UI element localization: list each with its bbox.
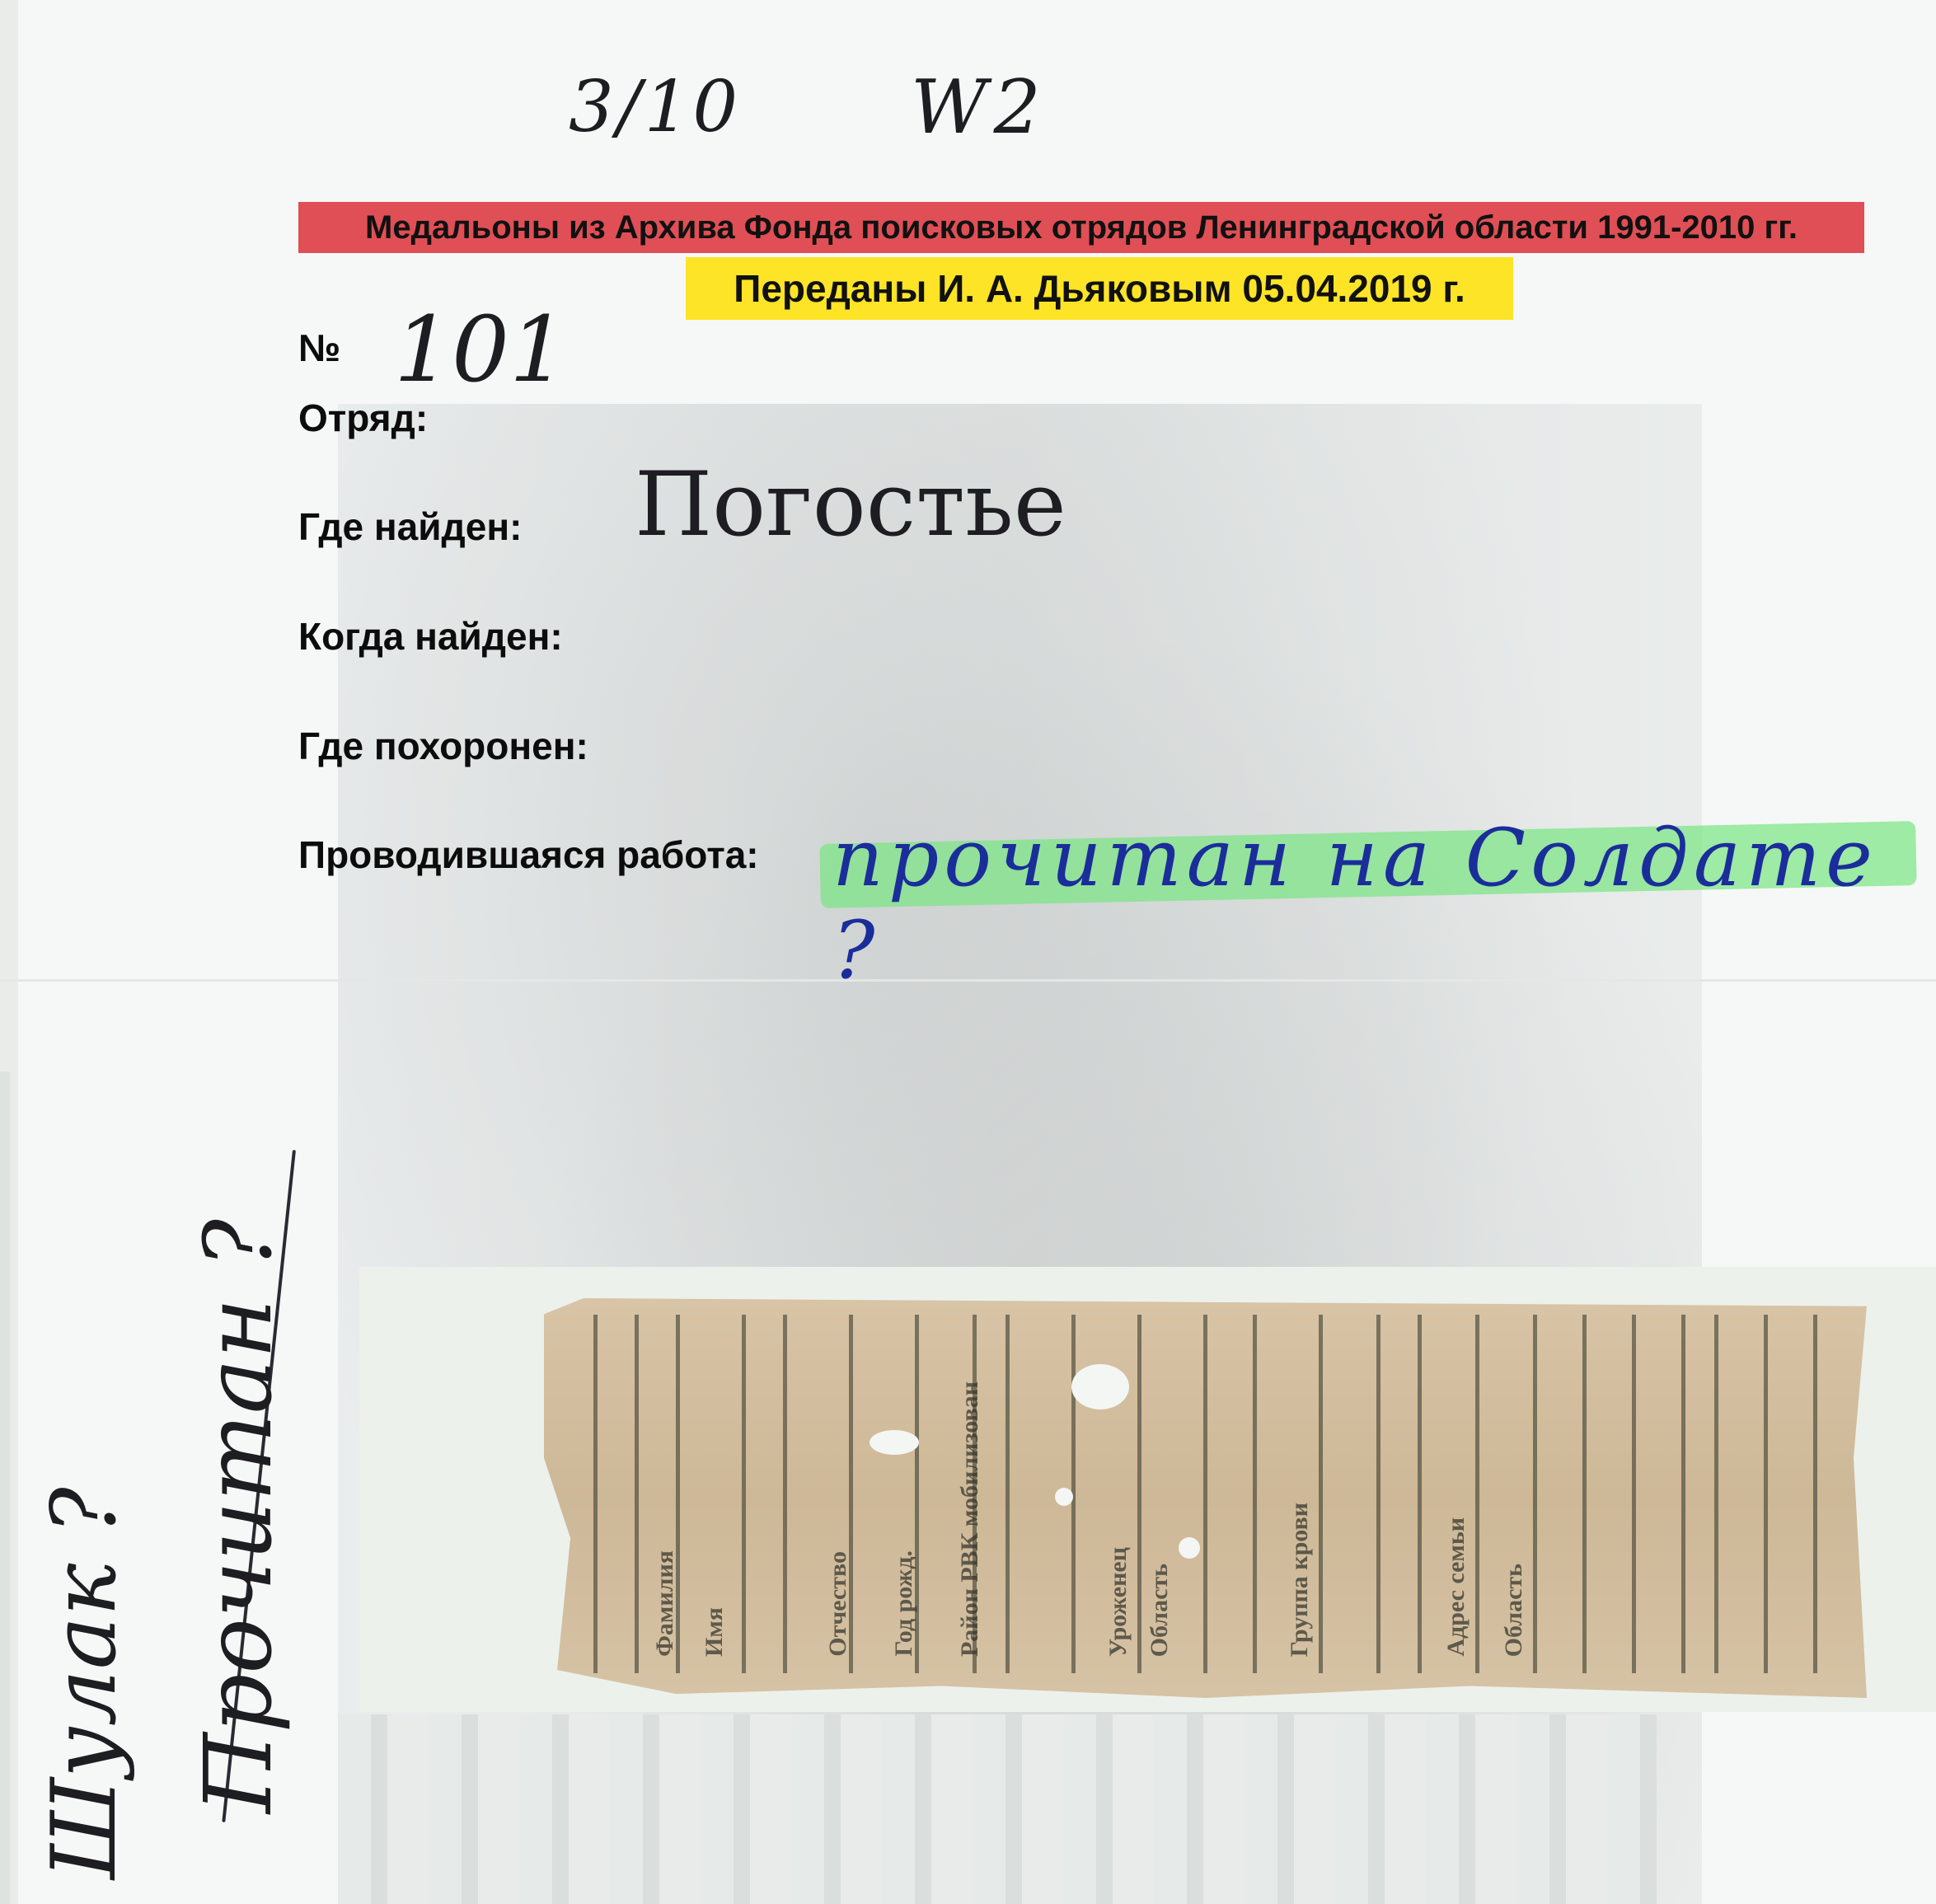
scan-page-edge-lower bbox=[0, 1072, 10, 1904]
medallion-hole bbox=[1071, 1364, 1129, 1409]
medallion-print-rule bbox=[635, 1315, 639, 1673]
medallion-print-rule bbox=[1418, 1315, 1422, 1673]
medallion-print-rule bbox=[1582, 1315, 1587, 1673]
field-label-found-when: Когда найден: bbox=[298, 614, 563, 659]
margin-note-surname: Шулак ? bbox=[33, 1487, 136, 1879]
medallion-print-rule bbox=[783, 1315, 787, 1673]
medallion-print-rule bbox=[1764, 1315, 1768, 1673]
medallion-print-fragment: Группа крови bbox=[1286, 1503, 1314, 1657]
medallion-hole bbox=[1179, 1537, 1200, 1559]
medallion-print-fragment: Уроженец bbox=[1104, 1547, 1132, 1657]
medallion-print-rule bbox=[1253, 1315, 1257, 1673]
margin-note-read: Прочитан ? bbox=[185, 1219, 293, 1813]
medallion-print-rule bbox=[742, 1315, 746, 1673]
medallion-print-fragment: Имя bbox=[701, 1607, 729, 1657]
medallion-print-fragment: Район РВК мобилизован bbox=[956, 1381, 984, 1657]
medallion-hole bbox=[1055, 1488, 1073, 1506]
transfer-banner: Переданы И. А. Дьяковым 05.04.2019 г. bbox=[686, 257, 1513, 320]
medallion-insert-paper: Фамилия Имя Отчество Год рожд. Уроженец … bbox=[544, 1298, 1867, 1698]
archive-title-banner: Медальоны из Архива Фонда поисковых отря… bbox=[298, 202, 1864, 253]
field-label-found-where: Где найден: bbox=[298, 504, 522, 549]
medallion-print-rule bbox=[1714, 1315, 1718, 1673]
medallion-print-rule bbox=[1203, 1315, 1207, 1673]
handwritten-reference: 3/10 bbox=[569, 66, 741, 148]
field-label-work-done: Проводившаяся работа: bbox=[298, 832, 759, 877]
handwritten-code: W2 bbox=[911, 64, 1048, 151]
field-value-found-where: Погостье bbox=[635, 453, 1066, 556]
field-value-number: 101 bbox=[394, 297, 567, 402]
medallion-hole bbox=[870, 1430, 919, 1455]
field-label-buried-where: Где похоронен: bbox=[298, 724, 588, 768]
medallion-print-fragment: Фамилия bbox=[651, 1550, 679, 1657]
medallion-print-rule bbox=[1376, 1315, 1381, 1673]
medallion-print-rule bbox=[1813, 1315, 1817, 1673]
medallion-print-fragment: Область bbox=[1146, 1564, 1174, 1657]
medallion-print-rule bbox=[1475, 1315, 1479, 1673]
background-show-through-lower bbox=[338, 1714, 1657, 1904]
medallion-print-rule bbox=[1681, 1315, 1685, 1673]
medallion-print-fragment: Адрес семьи bbox=[1442, 1517, 1470, 1657]
medallion-print-rule bbox=[1137, 1315, 1141, 1673]
medallion-print-rule bbox=[1319, 1315, 1323, 1673]
medallion-print-fragment: Область bbox=[1500, 1564, 1528, 1657]
medallion-print-rule bbox=[1006, 1315, 1010, 1673]
field-label-squad: Отряд: bbox=[298, 396, 428, 440]
medallion-print-rule bbox=[1632, 1315, 1636, 1673]
field-label-number: № bbox=[298, 326, 340, 370]
medallion-print-rule bbox=[1533, 1315, 1537, 1673]
medallion-print-rule bbox=[593, 1315, 598, 1673]
medallion-print-fragment: Год рожд. bbox=[890, 1550, 918, 1657]
field-value-work-done: прочитан на Солдате ? bbox=[832, 812, 1936, 997]
medallion-print-fragment: Отчество bbox=[824, 1551, 852, 1657]
